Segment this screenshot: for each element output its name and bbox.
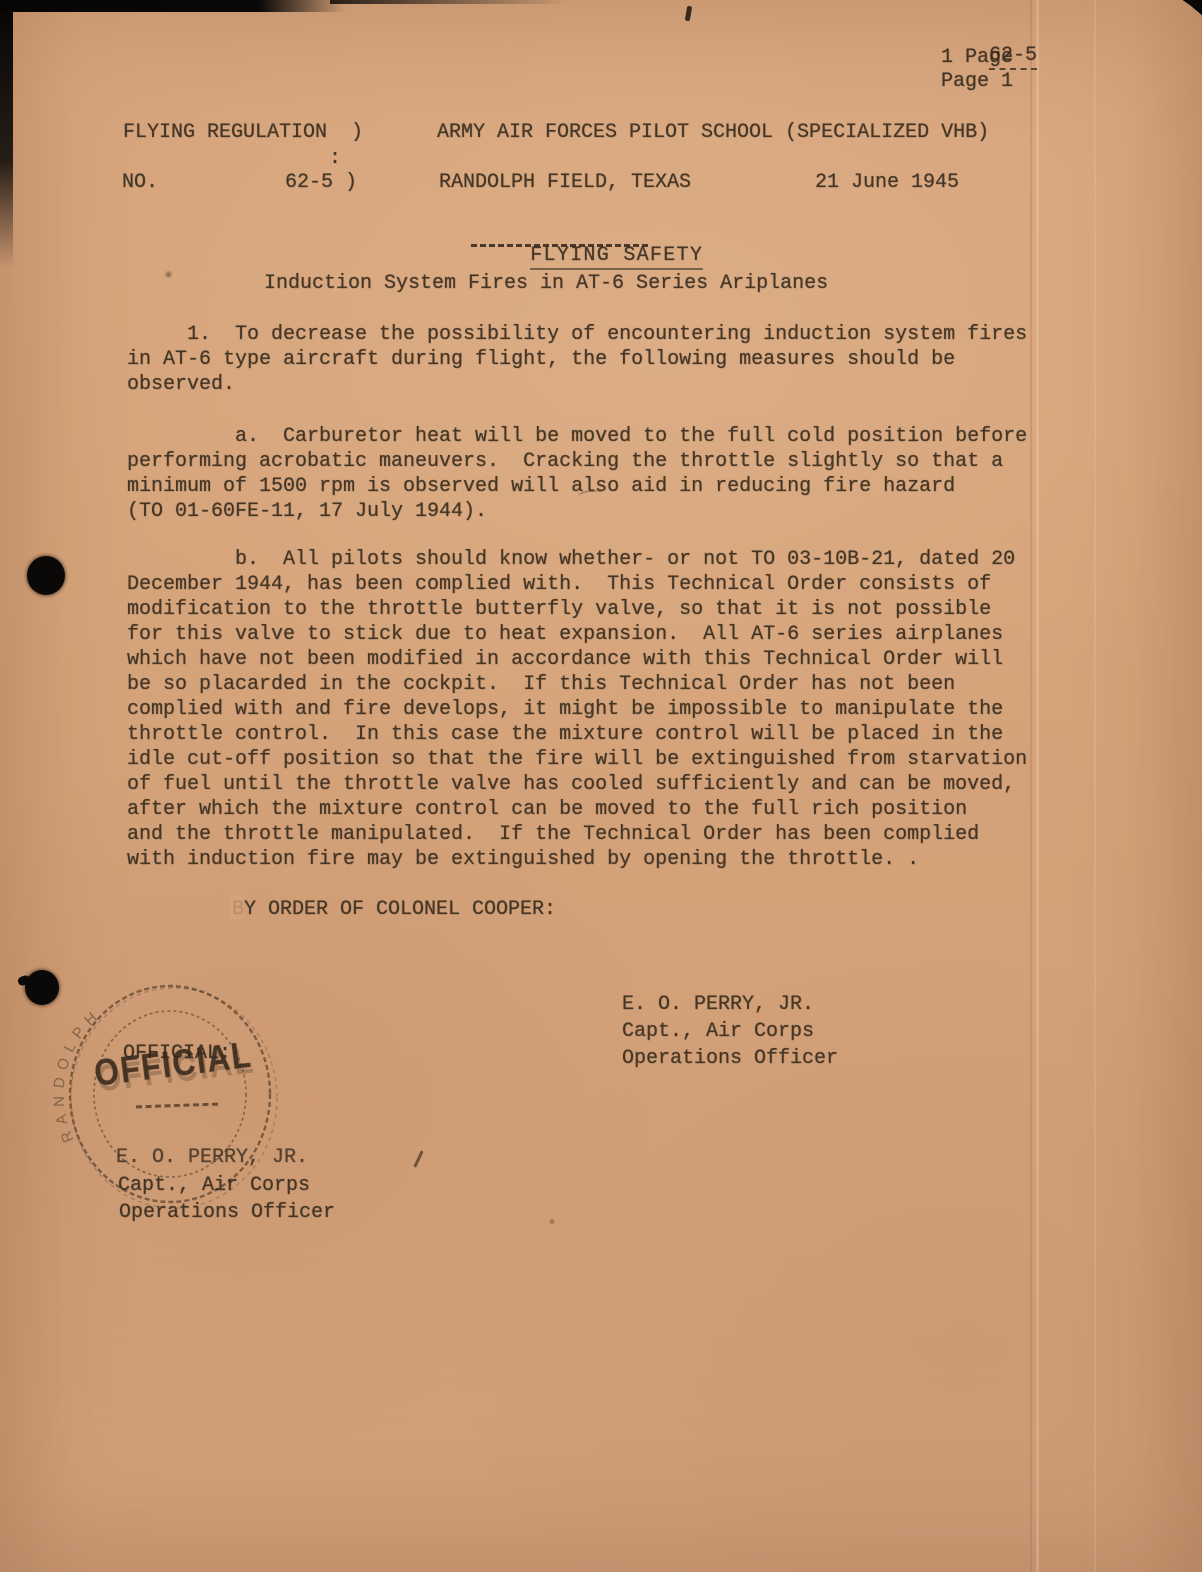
document-title-text: FLYING SAFETY xyxy=(530,244,703,270)
paragraph-b: b. All pilots should know whether- or no… xyxy=(127,547,1027,872)
paper-crease-line xyxy=(1030,0,1032,1572)
scan-corner-top-right xyxy=(1176,0,1202,18)
doc-page-count: 1 Page xyxy=(941,45,1013,70)
paragraph-a: a. Carburetor heat will be moved to the … xyxy=(127,424,1027,524)
hole-punch-top xyxy=(27,556,65,595)
ink-speck-apostrophe xyxy=(685,6,693,22)
stamp-official-word: OFFICIAL xyxy=(92,1034,255,1095)
scan-edge-left xyxy=(0,0,13,268)
header-date: 21 June 1945 xyxy=(815,170,959,195)
ink-mark-slash xyxy=(413,1150,423,1168)
subject-line: Induction System Fires in AT-6 Series Ar… xyxy=(264,271,828,296)
paper-crease-highlight xyxy=(1036,0,1039,1572)
header-org-location: RANDOLPH FIELD, TEXAS xyxy=(439,170,691,195)
ink-speck-subject xyxy=(164,270,173,279)
signature-rank: Capt., Air Corps xyxy=(622,1018,814,1045)
official-signer-name: E. O. PERRY, JR. xyxy=(116,1144,308,1171)
ink-fade-smudge xyxy=(229,895,244,919)
stamp-dash-line xyxy=(136,1103,218,1109)
signature-title: Operations Officer xyxy=(622,1045,838,1072)
paragraph-1: 1. To decrease the possibility of encoun… xyxy=(127,322,1027,397)
ink-speck-bottom xyxy=(549,1218,555,1225)
header-regulation-label: FLYING REGULATION ) xyxy=(123,120,363,145)
header-org-name: ARMY AIR FORCES PILOT SCHOOL (SPECIALIZE… xyxy=(437,120,989,145)
official-signer-rank: Capt., Air Corps xyxy=(118,1172,310,1199)
doc-page-label: Page 1 xyxy=(941,69,1013,94)
header-separator-colon: : xyxy=(329,146,341,171)
official-signer-title: Operations Officer xyxy=(119,1199,335,1226)
signature-name: E. O. PERRY, JR. xyxy=(622,991,814,1018)
title-underline xyxy=(471,244,648,247)
scan-edge-top-thin xyxy=(330,0,570,4)
header-number-value: 62-5 ) xyxy=(285,170,357,195)
paper-crease-faint xyxy=(1094,0,1096,1572)
header-number-label: NO. xyxy=(122,170,158,195)
scanned-document-page: 62-5 1 Page Page 1 FLYING REGULATION ) A… xyxy=(0,0,1202,1572)
scan-edge-top xyxy=(0,0,345,12)
hole-punch-bottom xyxy=(25,970,59,1005)
order-line: BY ORDER OF COLONEL COOPER: xyxy=(232,897,556,922)
